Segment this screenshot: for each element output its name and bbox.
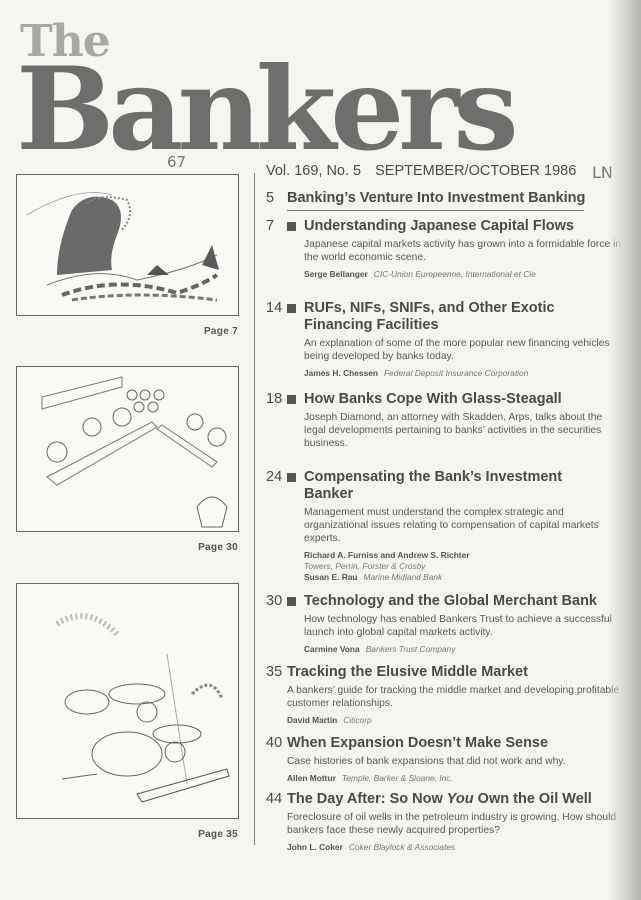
toc-byline: John L. CokerCoker Blaylock & Associates [266,842,626,852]
toc-title: When Expansion Doesn’t Make Sense [266,735,626,752]
toc-byline: James H. ChessenFederal Deposit Insuranc… [266,368,626,378]
square-bullet-icon [287,473,296,482]
table-of-contents: 5 Banking’s Venture Into Investment Bank… [266,190,626,861]
trading-floor-illustration [16,366,239,532]
handwritten-page-note: 67 [167,153,186,171]
author-affiliation: Marine Midland Bank [364,572,443,582]
illustration-caption: Page 7 [204,326,238,337]
toc-title: RUFs, NIFs, SNIFs, and Other Exotic Fina… [266,300,604,334]
toc-description: How technology has enabled Bankers Trust… [266,613,622,639]
toc-byline: Richard A. Furniss and Andrew S. Richter… [266,550,626,582]
toc-lead-entry[interactable]: 5 Banking’s Venture Into Investment Bank… [266,190,626,218]
toc-page-number: 7 [266,218,274,234]
toc-page-number: 44 [266,791,282,807]
author-affiliation: Towers, Perrin, Forster & Crosby [304,561,626,571]
toc-entry[interactable]: 18 How Banks Cope With Glass-Steagall Jo… [266,391,626,469]
great-wave-illustration [16,174,239,316]
author-name: James H. Chessen [304,368,378,378]
lead-underline [287,210,584,211]
author-name: Susan E. Rau [304,572,358,582]
toc-byline: Serge BellangerCIC-Union Europeenne, Int… [266,269,626,279]
toc-page-number: 30 [266,593,282,609]
square-bullet-icon [287,597,296,606]
author-affiliation: Citicorp [343,715,371,725]
author-affiliation: CIC-Union Europeenne, International et C… [374,269,536,279]
safari-hunters-illustration [16,583,239,819]
illustration-caption: Page 35 [198,829,238,840]
masthead-title: Bankers [16,52,513,166]
author-name: Richard A. Furniss and Andrew S. Richter [304,550,626,560]
toc-entry[interactable]: 7 Understanding Japanese Capital Flows J… [266,218,626,300]
toc-title: Technology and the Global Merchant Bank [266,593,626,610]
author-name: Serge Bellanger [304,269,368,279]
trading-cartoon-icon [17,367,238,531]
toc-entry[interactable]: 35 Tracking the Elusive Middle Market A … [266,664,626,735]
title-part: Own the Oil Well [474,791,592,807]
author-name: Allen Mottur [287,773,336,783]
title-emphasis: You [447,791,474,807]
toc-entry[interactable]: 14 RUFs, NIFs, SNIFs, and Other Exotic F… [266,300,626,391]
author-affiliation: Coker Blaylock & Associates [349,842,455,852]
toc-page-number: 40 [266,735,282,751]
toc-description: Japanese capital markets activity has gr… [266,238,622,264]
toc-title: Compensating the Bank’s Investment Banke… [266,469,604,503]
toc-title: Understanding Japanese Capital Flows [266,218,626,235]
issue-line: Vol. 169, No. 5SEPTEMBER/OCTOBER 1986 [266,163,576,179]
square-bullet-icon [287,222,296,231]
hunters-cartoon-icon [17,584,238,818]
toc-title: How Banks Cope With Glass-Steagall [266,391,626,408]
toc-entry[interactable]: 30 Technology and the Global Merchant Ba… [266,593,626,664]
toc-description: Case histories of bank expansions that d… [266,755,627,768]
toc-entry[interactable]: 40 When Expansion Doesn’t Make Sense Cas… [266,735,626,791]
toc-title: Tracking the Elusive Middle Market [266,664,626,681]
toc-page-number: 18 [266,391,282,407]
toc-description: Joseph Diamond, an attorney with Skadden… [266,411,622,450]
toc-description: Management must understand the complex s… [266,506,622,545]
toc-title: The Day After: So Now You Own the Oil We… [266,791,626,808]
author-affiliation: Temple, Barker & Sloane, Inc. [342,773,453,783]
toc-byline: David MartinCiticorp [266,715,626,725]
toc-page-number: 5 [266,190,274,206]
toc-description: A bankers’ guide for tracking the middle… [266,684,627,710]
toc-page-number: 35 [266,664,282,680]
toc-byline: Carmine VonaBankers Trust Company [266,644,626,654]
toc-description: Foreclosure of oil wells in the petroleu… [266,811,627,837]
illustration-caption: Page 30 [198,542,238,553]
square-bullet-icon [287,304,296,313]
author-affiliation: Bankers Trust Company [366,644,456,654]
author-name: Carmine Vona [304,644,360,654]
toc-page-number: 14 [266,300,282,316]
column-divider [254,173,255,845]
toc-page-number: 24 [266,469,282,485]
issue-date: SEPTEMBER/OCTOBER 1986 [375,163,576,179]
toc-description: An explanation of some of the more popul… [266,337,622,363]
author-name: John L. Coker [287,842,343,852]
square-bullet-icon [287,395,296,404]
toc-entry[interactable]: 44 The Day After: So Now You Own the Oil… [266,791,626,861]
wave-drawing-icon [17,175,238,315]
toc-entry[interactable]: 24 Compensating the Bank’s Investment Ba… [266,469,626,593]
author-name: David Martin [287,715,337,725]
volume-number: Vol. 169, No. 5 [266,163,361,179]
author-affiliation: Federal Deposit Insurance Corporation [384,368,528,378]
toc-byline: Allen MotturTemple, Barker & Sloane, Inc… [266,773,626,783]
title-part: The Day After: So Now [287,791,447,807]
handwritten-initials: LN [592,163,613,182]
toc-title: Banking’s Venture Into Investment Bankin… [266,190,626,207]
